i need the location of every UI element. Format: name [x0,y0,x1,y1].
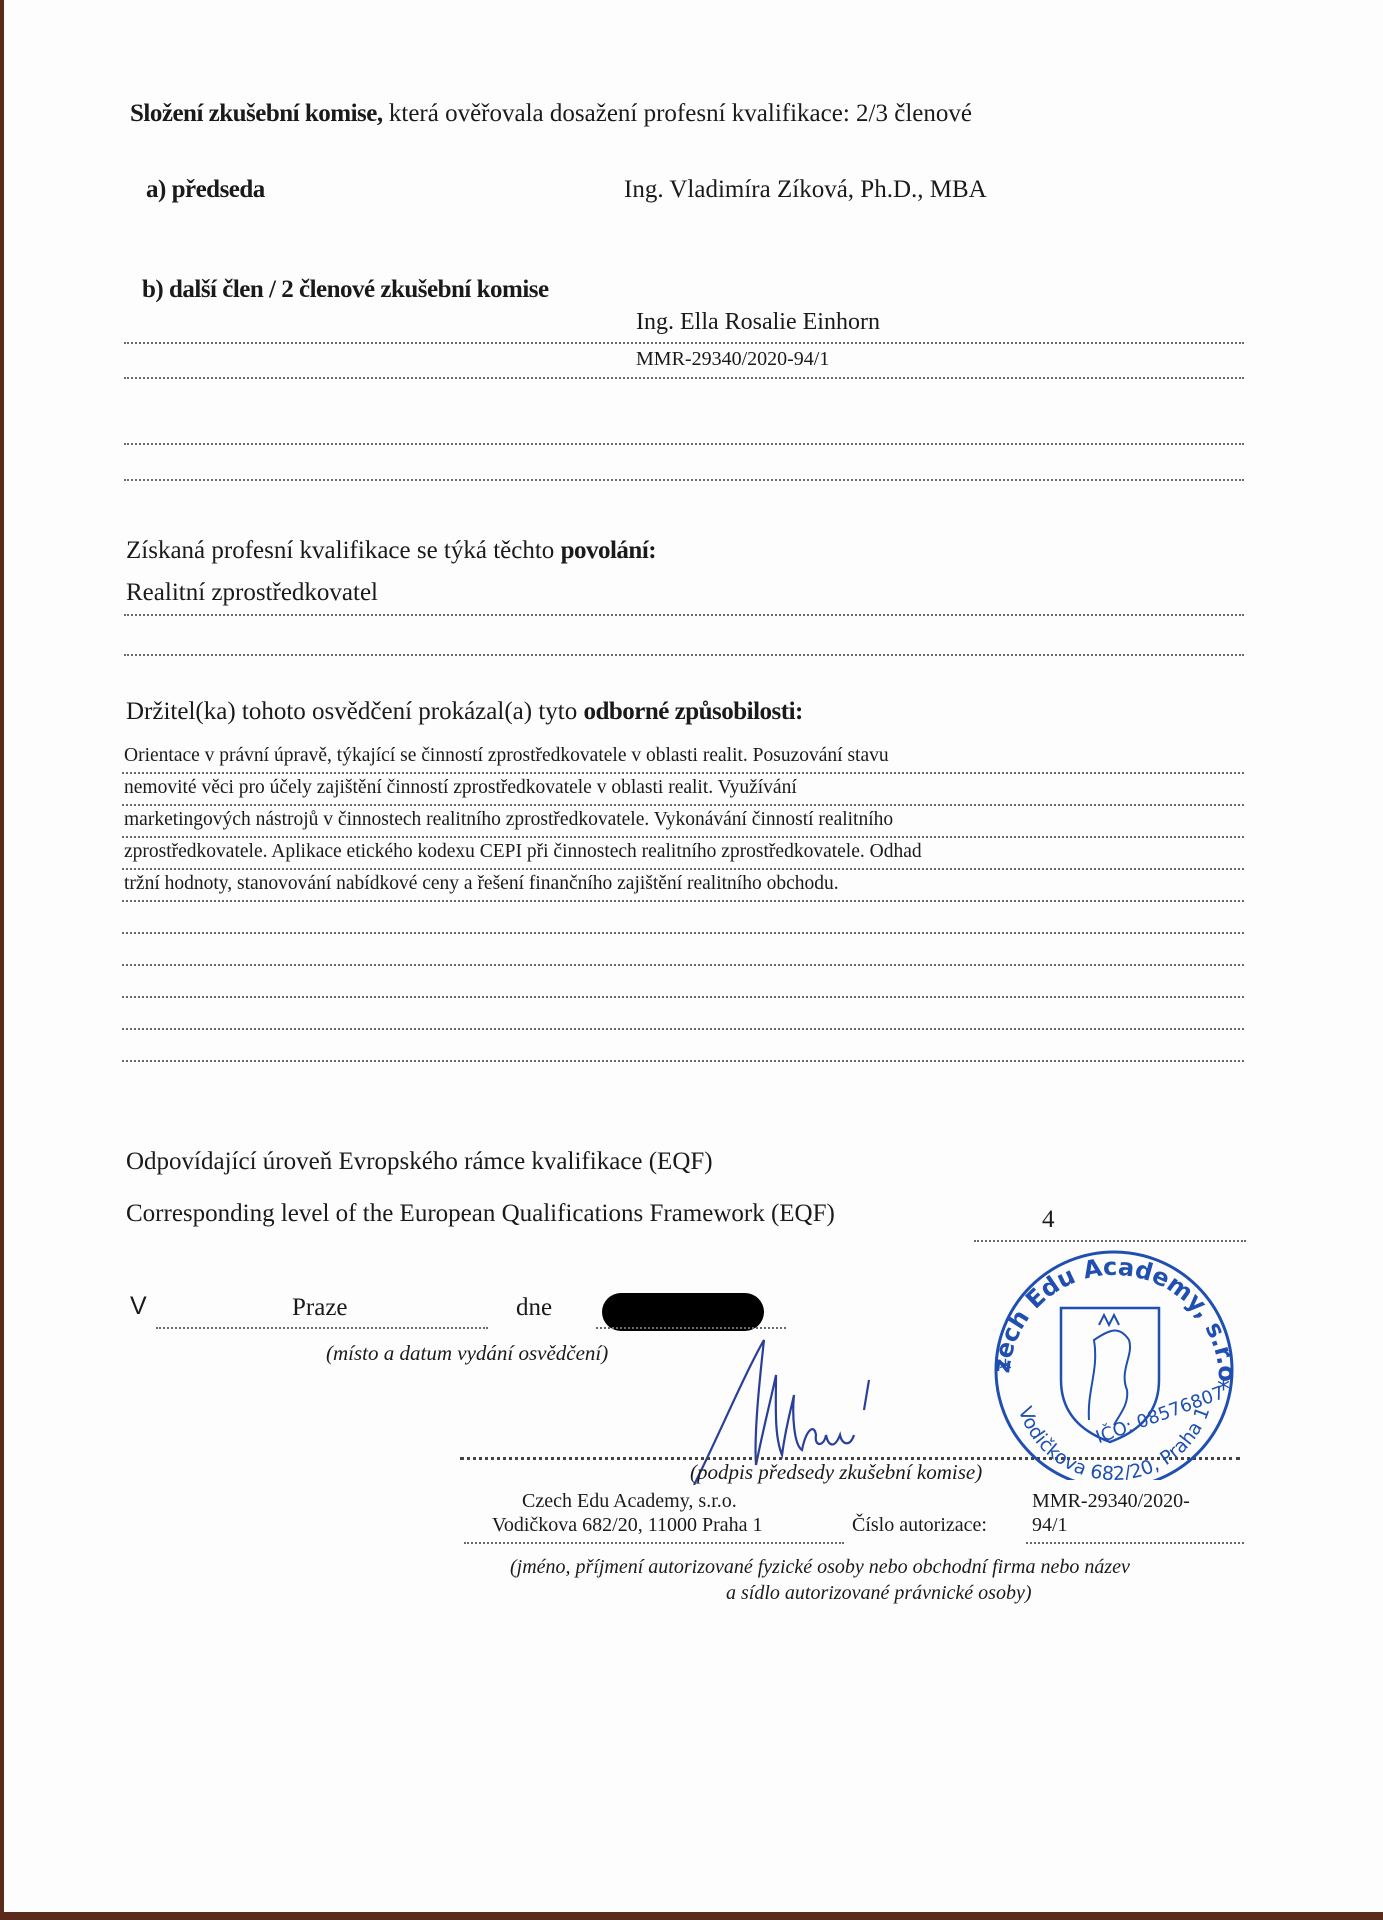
dotted-line [124,377,1244,379]
dotted-line [596,1327,786,1329]
authority-caption-2: a sídlo autorizované právnické osoby) [726,1582,1032,1605]
redacted-date [602,1293,764,1331]
profession-heading: Získaná profesní kvalifikace se týká těc… [126,537,656,565]
dotted-line [124,654,1244,656]
eqf-label-cz: Odpovídající úroveň Evropského rámce kva… [126,1148,713,1176]
skills-heading-bold: odborné způsobilosti: [583,698,802,725]
dotted-line [122,1060,1244,1062]
skills-line: Orientace v právní úpravě, týkající se č… [124,745,889,767]
company-stamp-icon: Czech Edu Academy, s.r.o. Vodičkova 682/… [969,1230,1259,1480]
certificate-page: Složení zkušební komise, která ověřovala… [4,0,1383,1912]
chair-label: a) předseda [146,176,265,204]
dotted-line [1026,1542,1244,1544]
dotted-line [122,868,1244,870]
dotted-line [122,932,1244,934]
skills-heading-plain: Držitel(ka) tohoto osvědčení prokázal(a)… [126,698,583,725]
dotted-line [122,996,1244,998]
auth-number-line2: 94/1 [1032,1514,1068,1537]
authority-address: Vodičkova 682/20, 11000 Praha 1 [492,1514,763,1537]
profession-heading-bold: povolání: [561,537,657,564]
svg-text:*: * [999,1355,1012,1385]
member-id: MMR-29340/2020-94/1 [636,348,829,371]
auth-number-label: Číslo autorizace: [852,1514,987,1537]
dotted-line [122,772,1244,774]
chair-name: Ing. Vladimíra Zíková, Ph.D., MBA [624,176,987,204]
place-prefix: V [130,1292,147,1321]
authority-caption-1: (jméno, příjmení autorizované fyzické os… [510,1556,1130,1579]
date-prefix: dne [516,1294,552,1322]
skills-line: tržní hodnoty, stanovování nabídkové cen… [124,873,839,895]
skills-line: marketingových nástrojů v činnostech rea… [124,809,893,831]
dotted-line [156,1327,488,1329]
dotted-line [122,964,1244,966]
eqf-label-en: Corresponding level of the European Qual… [126,1200,835,1228]
skills-heading: Držitel(ka) tohoto osvědčení prokázal(a)… [126,698,803,726]
dotted-line [122,836,1244,838]
dotted-line [464,1542,844,1544]
dotted-line [122,804,1244,806]
signature-caption: (podpis předsedy zkušební komise) [690,1460,982,1485]
skills-line: nemovité věci pro účely zajištění činnos… [124,777,797,799]
dotted-line [122,1028,1244,1030]
dotted-line [122,900,1244,902]
committee-heading-bold: Složení zkušební komise, [130,100,383,127]
dotted-line [124,479,1244,481]
place-value: Praze [292,1294,348,1322]
member-label: b) další člen / 2 členové zkušební komis… [142,276,549,304]
member-name: Ing. Ella Rosalie Einhorn [636,309,880,336]
profession-heading-plain: Získaná profesní kvalifikace se týká těc… [126,537,561,564]
authority-name: Czech Edu Academy, s.r.o. [522,1490,737,1513]
committee-heading-rest: která ověřovala dosažení profesní kvalif… [383,100,972,127]
place-date-caption: (místo a datum vydání osvědčení) [326,1341,608,1366]
dotted-line [124,614,1244,616]
profession-value: Realitní zprostředkovatel [126,579,378,607]
dotted-line [124,342,1244,344]
auth-number-line1: MMR-29340/2020- [1032,1490,1190,1513]
dotted-line [124,443,1244,445]
committee-heading: Složení zkušební komise, která ověřovala… [130,100,972,128]
skills-line: zprostředkovatele. Aplikace etického kod… [124,841,922,863]
